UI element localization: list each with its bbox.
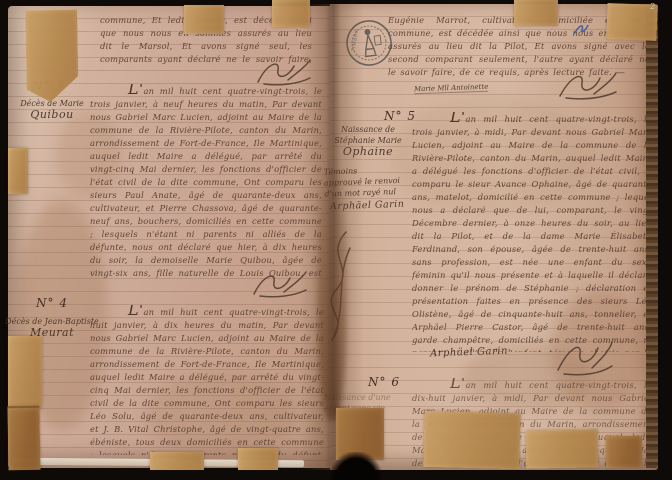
- signature-flourish: [254, 58, 312, 86]
- entry-6-number: N° 6: [368, 375, 400, 389]
- margin-line: Quibou: [4, 109, 100, 120]
- page-number: 2: [650, 2, 655, 11]
- entry-5-margin-title: Naissance de Stéphanie Marie Ophaine: [326, 124, 410, 157]
- tape-patch: [184, 5, 224, 34]
- stamp-label: TIMBRE: [350, 28, 359, 52]
- blue-ink-correction-mark: [572, 22, 590, 36]
- tape-patch: [272, 0, 310, 27]
- entry-3-margin-title: Décès de Marie Quibou: [4, 98, 100, 120]
- entry-3-body: L'an mil huit cent quatre-vingt-trois, l…: [90, 84, 322, 282]
- tape-patch: [526, 429, 599, 468]
- tape-patch: [514, 0, 558, 26]
- margin-line: Ophaine: [326, 146, 410, 157]
- tape-patch: [238, 448, 278, 470]
- tape-patch: [606, 436, 642, 468]
- book-page-edges: [646, 6, 658, 468]
- signature-flourish: [250, 270, 308, 298]
- tape-patch: [8, 148, 28, 194]
- manuscript-photo: commune, Et ledit Jumars, est décédé ain…: [0, 0, 672, 480]
- entry-4-number: N° 4: [36, 296, 68, 310]
- binding-shadow-notch: [330, 452, 382, 480]
- gutter-stain: [318, 170, 346, 420]
- signature-flourish: [556, 70, 618, 102]
- entry-4-body: L'an mil huit cent quatre-vingt-trois, l…: [90, 305, 324, 455]
- margin-line: Naissance de: [326, 124, 410, 135]
- tape-patch: [8, 336, 42, 408]
- tape-patch: [7, 406, 40, 471]
- entry-5-body: L'an mil huit cent quatre-vingt-trois, l…: [412, 112, 652, 352]
- fiscal-stamp-icon: TIMBRE: [341, 16, 397, 70]
- signature-flourish: [552, 338, 614, 378]
- entry-4-margin-title: Décès de Jean-Baptiste Meurat: [2, 316, 102, 338]
- tape-patch: [423, 411, 520, 469]
- tape-patch: [150, 452, 204, 470]
